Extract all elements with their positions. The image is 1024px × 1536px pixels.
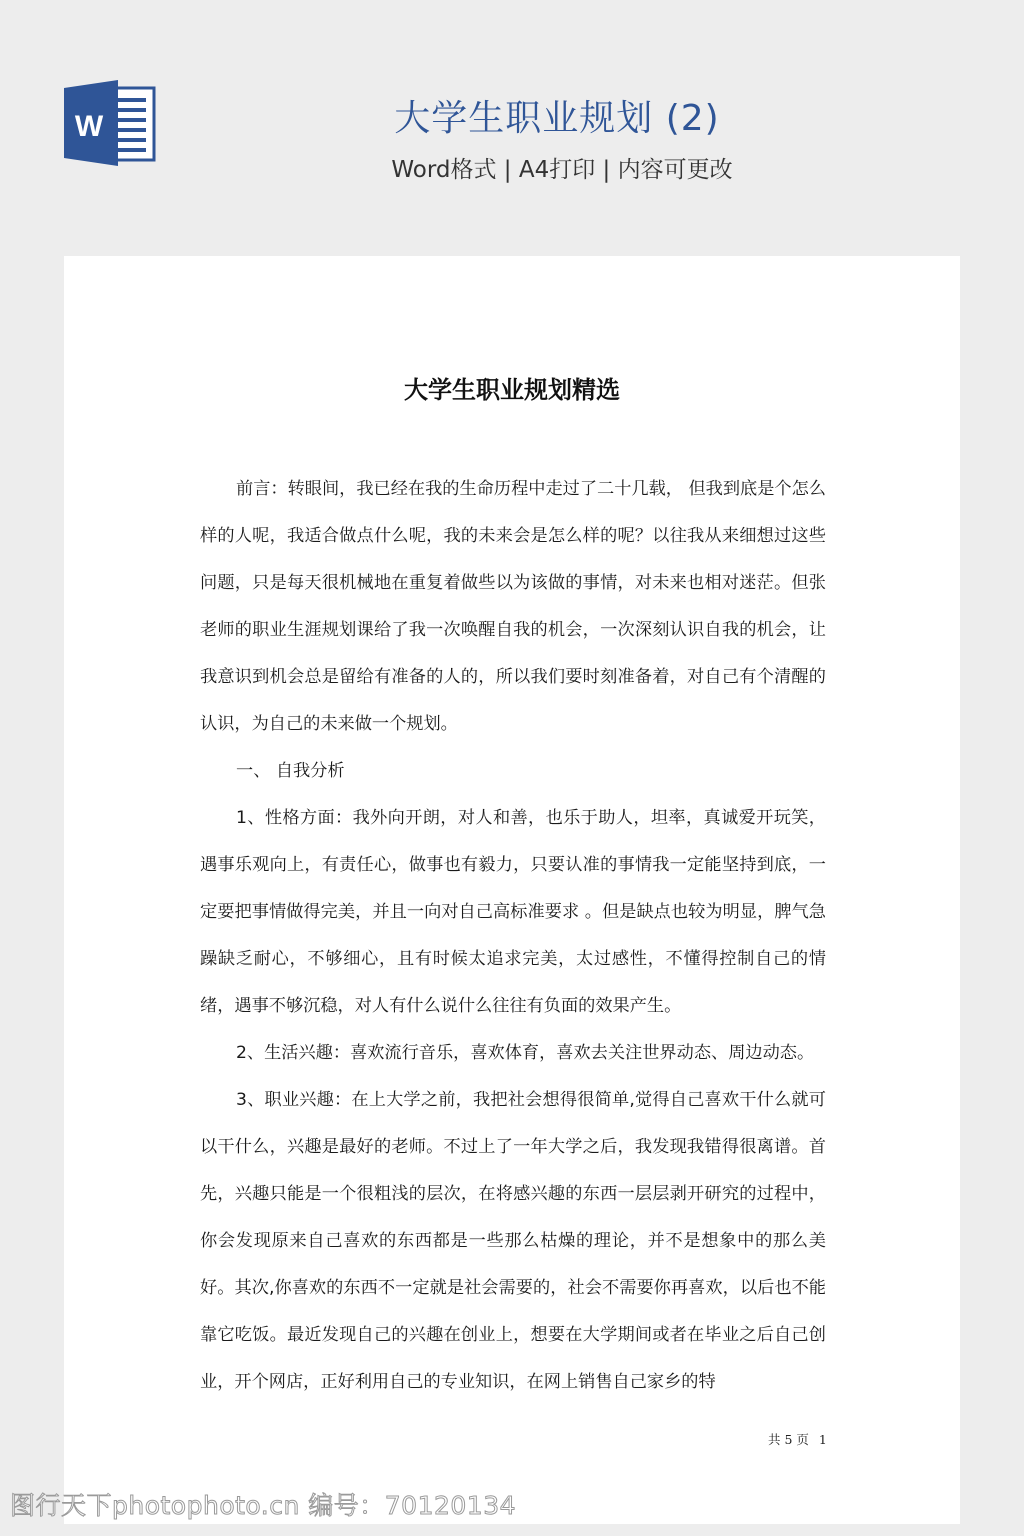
paragraph-career-interests: 3、职业兴趣：在上大学之前，我把社会想得很简单,觉得自己喜欢干什么就可以干什么，… — [200, 1077, 826, 1406]
paragraph-preface: 前言：转眼间，我已经在我的生命历程中走过了二十几载， 但我到底是个怎么样的人呢，… — [200, 466, 826, 748]
header-title: 大学生职业规划 (2) — [0, 92, 1024, 146]
page-footer: 共 5 页1 — [768, 1431, 827, 1449]
total-pages-label: 共 5 页 — [768, 1432, 809, 1447]
document-page: 大学生职业规划精选 前言：转眼间，我已经在我的生命历程中走过了二十几载， 但我到… — [64, 256, 960, 1524]
paragraph-life-interests: 2、生活兴趣：喜欢流行音乐，喜欢体育，喜欢去关注世界动态、周边动态。 — [200, 1030, 826, 1077]
watermark: 图行天下photophoto.cn 编号：70120134 — [10, 1488, 516, 1524]
page-number: 1 — [819, 1432, 827, 1447]
document-body: 前言：转眼间，我已经在我的生命历程中走过了二十几载， 但我到底是个怎么样的人呢，… — [200, 466, 826, 1406]
document-title: 大学生职业规划精选 — [64, 372, 960, 408]
paragraph-personality: 1、性格方面：我外向开朗，对人和善，也乐于助人，坦率，真诚爱开玩笑，遇事乐观向上… — [200, 795, 826, 1030]
section-heading-self-analysis: 一、 自我分析 — [200, 748, 826, 795]
header-subtitle: Word格式 | A4打印 | 内容可更改 — [0, 152, 1024, 188]
